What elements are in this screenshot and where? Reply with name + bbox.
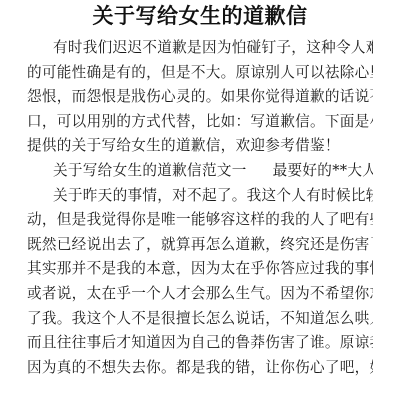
document-page: 关于写给女生的道歉信 有时我们迟迟不道歉是因为怕碰钉子，这种令人难堪 的可能性确… [0, 0, 400, 400]
document-title: 关于写给女生的道歉信 [0, 2, 400, 30]
paragraph-line: 的可能性确是有的，但是不大。原谅别人可以祛除心里的 [27, 61, 373, 86]
paragraph-line: 关于昨天的事情，对不起了。我这个人有时候比较冲 [27, 184, 373, 209]
paragraph-line: 其实那并不是我的本意，因为太在乎你答应过我的事情， [27, 257, 373, 282]
paragraph-line: 了我。我这个人不是很擅长怎么说话，不知道怎么哄人。 [27, 307, 373, 332]
letter-salutation: 最要好的**大人： [273, 162, 373, 179]
paragraph-line: 而且往往事后才知道因为自己的鲁莽伤害了谁。原谅我吧， [27, 331, 373, 356]
document-body: 有时我们迟迟不道歉是因为怕碰钉子，这种令人难堪 的可能性确是有的，但是不大。原谅… [27, 36, 373, 380]
section-heading-line: 关于写给女生的道歉信范文一最要好的**大人： [27, 159, 373, 184]
paragraph-line: 怨恨，而怨恨是戕伤心灵的。如果你觉得道歉的话说不出 [27, 85, 373, 110]
paragraph-line: 口，可以用别的方式代替，比如：写道歉信。下面是小编 [27, 110, 373, 135]
paragraph-line: 既然已经说出去了，就算再怎么道歉，终究还是伤害了你。 [27, 233, 373, 258]
paragraph-line: 或者说，太在乎一个人才会那么生气。因为不希望你忘记 [27, 282, 373, 307]
paragraph-line: 有时我们迟迟不道歉是因为怕碰钉子，这种令人难堪 [27, 36, 373, 61]
sample-heading: 关于写给女生的道歉信范文一 [53, 162, 247, 179]
paragraph-line: 提供的关于写给女生的道歉信，欢迎参考借鉴！ [27, 134, 373, 159]
paragraph-line: 动，但是我觉得你是唯一能够容这样的我的人了吧有些话 [27, 208, 373, 233]
paragraph-line: 因为真的不想失去你。都是我的错，让你伤心了吧，如果 [27, 356, 373, 381]
